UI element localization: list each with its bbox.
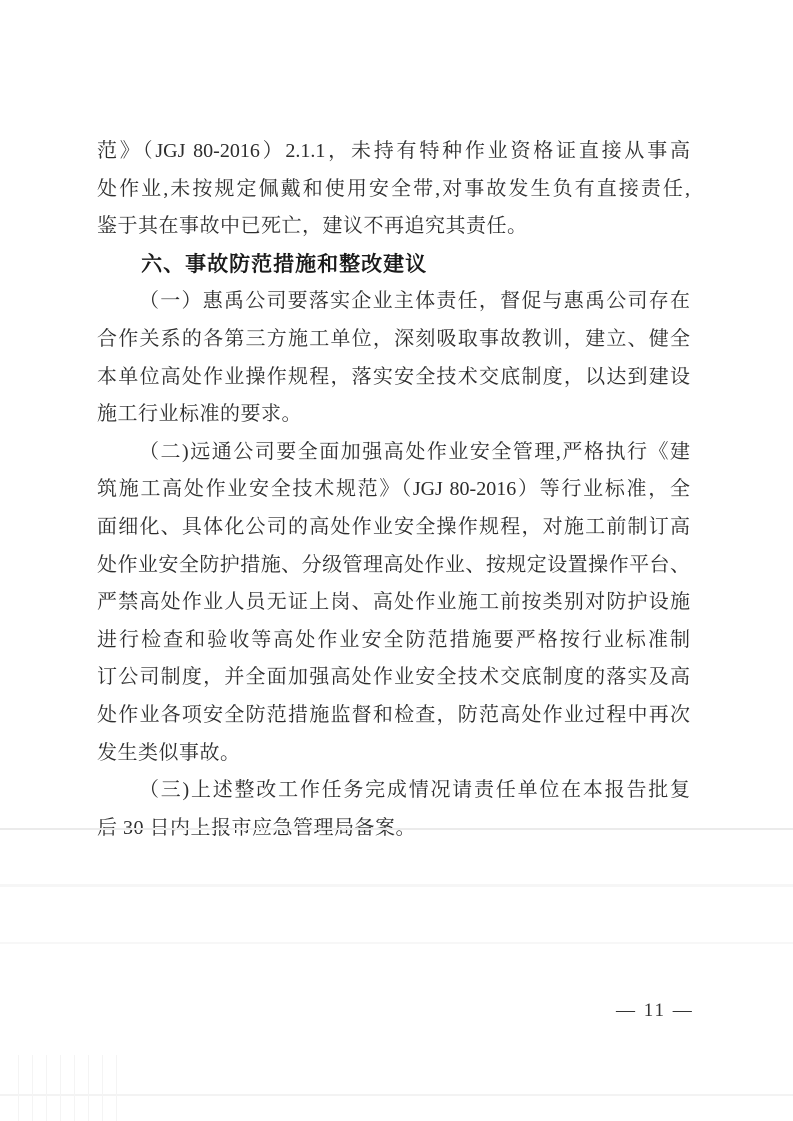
scan-artifact <box>0 828 793 830</box>
document-line: 合作关系的各第三方施工单位，深刻吸取事故教训，建立、健全 <box>97 321 690 359</box>
scan-artifact <box>0 884 793 887</box>
document-line: 订公司制度，并全面加强高处作业安全技术交底制度的落实及高 <box>97 659 690 697</box>
document-line: 处作业各项安全防范措施监督和检查，防范高处作业过程中再次 <box>97 697 690 735</box>
document-line: 鉴于其在事故中已死亡，建议不再追究其责任。 <box>97 208 690 246</box>
scan-artifact <box>18 1055 128 1121</box>
document-line: （三)上述整改工作任务完成情况请责任单位在本报告批复 <box>97 772 690 810</box>
document-body: 范》（JGJ 80-2016）2.1.1，未持有特种作业资格证直接从事高处作业,… <box>97 133 690 847</box>
document-line: 处作业,未按规定佩戴和使用安全带,对事故发生负有直接责任, <box>97 171 690 209</box>
document-line: 进行检查和验收等高处作业安全防范措施要严格按行业标准制 <box>97 622 690 660</box>
document-line: （二)远通公司要全面加强高处作业安全管理,严格执行《建 <box>97 434 690 472</box>
document-line: 处作业安全防护措施、分级管理高处作业、按规定设置操作平台、 <box>97 547 690 585</box>
section-heading: 六、事故防范措施和整改建议 <box>97 246 690 284</box>
document-line: （一）惠禹公司要落实企业主体责任，督促与惠禹公司存在 <box>97 283 690 321</box>
page-number: — 11 — <box>616 1000 694 1022</box>
document-line: 面细化、具体化公司的高处作业安全操作规程，对施工前制订高 <box>97 509 690 547</box>
document-line: 范》（JGJ 80-2016）2.1.1，未持有特种作业资格证直接从事高 <box>97 133 690 171</box>
document-line: 筑施工高处作业安全技术规范》（JGJ 80-2016）等行业标准，全 <box>97 471 690 509</box>
document-line: 严禁高处作业人员无证上岗、高处作业施工前按类别对防护设施 <box>97 584 690 622</box>
document-line: 本单位高处作业操作规程，落实安全技术交底制度，以达到建设 <box>97 359 690 397</box>
document-line: 施工行业标准的要求。 <box>97 396 690 434</box>
scan-artifact <box>0 942 793 944</box>
document-page: 范》（JGJ 80-2016）2.1.1，未持有特种作业资格证直接从事高处作业,… <box>0 0 793 1121</box>
document-line: 发生类似事故。 <box>97 735 690 773</box>
